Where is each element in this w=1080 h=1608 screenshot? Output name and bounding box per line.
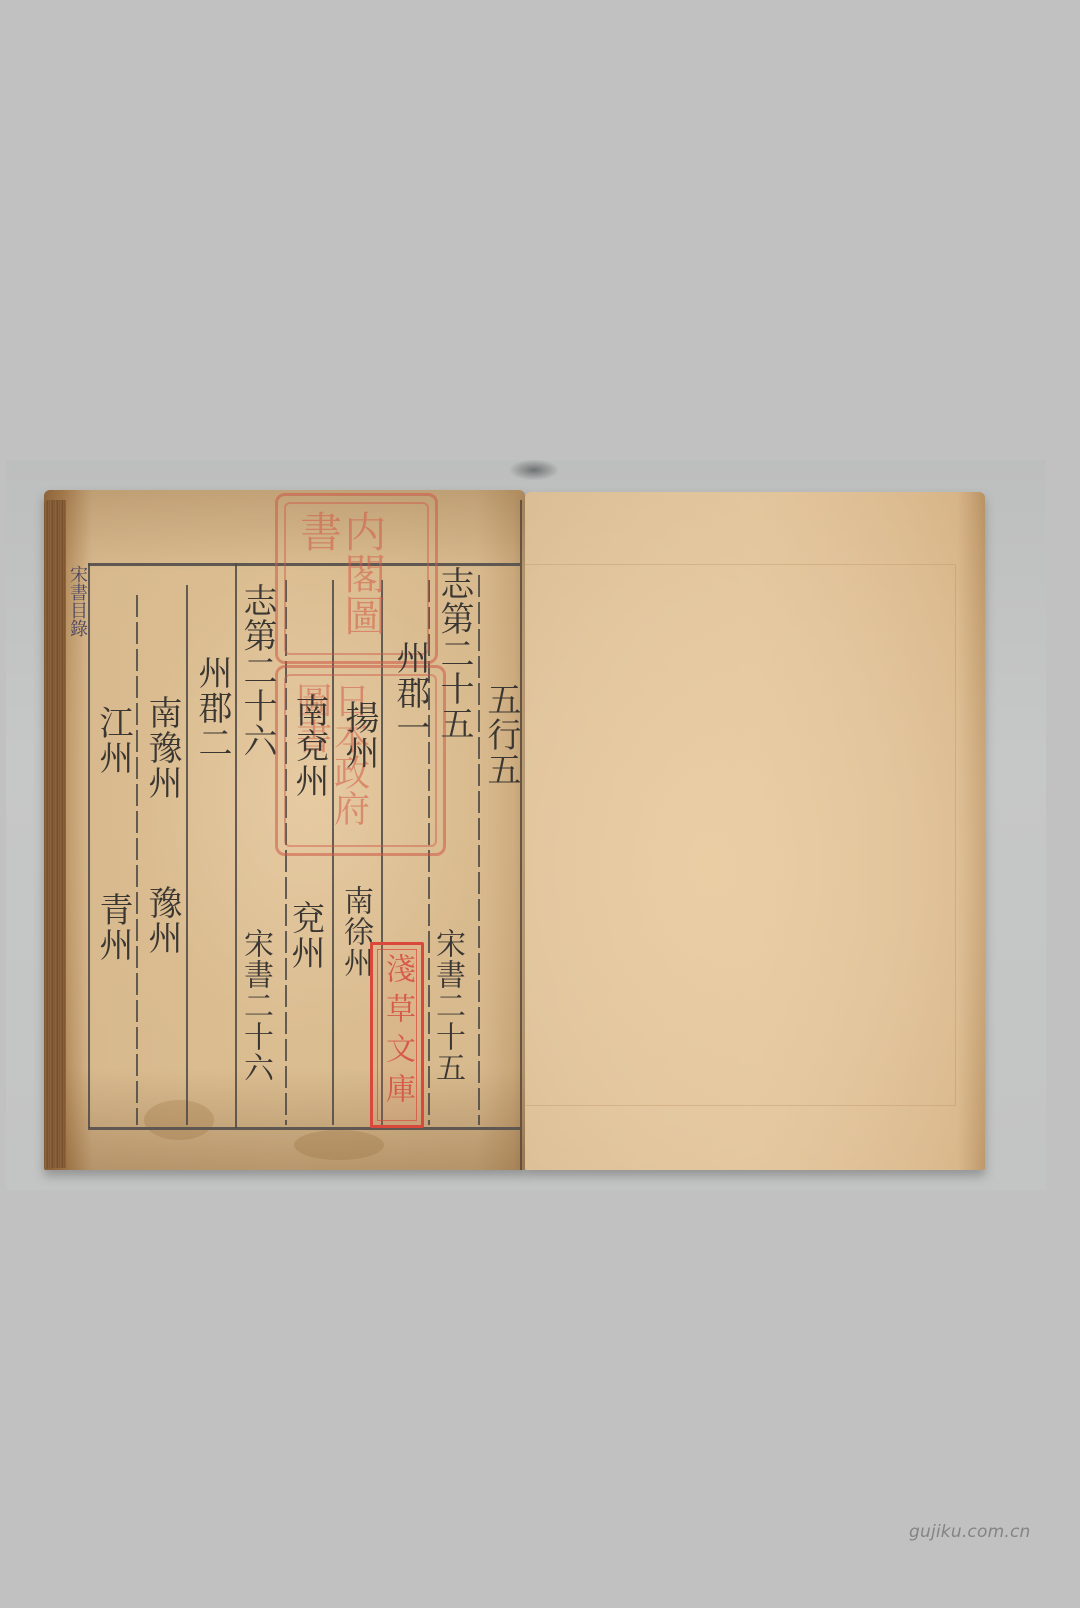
text-column-nanyanzhou: 南兗州 (292, 693, 326, 798)
page-edge-stack (44, 500, 66, 1168)
stain (294, 1130, 384, 1160)
text-column-jiangzhou: 江州 (96, 705, 130, 775)
text-column-zhoujun-1: 州郡一 (393, 640, 427, 745)
text-column-wuxing: 五行五 (484, 682, 518, 787)
seal-asakusa-bunko: 淺草文庫 (370, 942, 424, 1128)
column-rule (186, 585, 188, 1125)
text-column-zhoujun-2: 州郡二 (195, 655, 229, 760)
text-column-nanxuzhou: 南徐州 (340, 885, 370, 978)
stain (144, 1100, 214, 1140)
column-rule (478, 575, 480, 1125)
text-column-songshu-26: 宋書二十六 (240, 928, 270, 1083)
text-column-zhi-25: 志第二十五 (437, 566, 471, 741)
text-column-zhi-26: 志第二十六 (240, 583, 274, 758)
site-watermark: gujiku.com.cn (909, 1522, 1030, 1542)
frame-bottom-line (88, 1127, 520, 1130)
text-column-nanyuzhou: 南豫州 (145, 695, 179, 800)
text-column-yuzhou: 豫州 (145, 885, 179, 955)
page-fold-crease (525, 564, 956, 1106)
column-rule (136, 595, 138, 1125)
seal-text: 内閣圖書 (296, 510, 384, 661)
text-column-songshu-25: 宋書二十五 (432, 928, 462, 1083)
seal-neige-tushu: 内閣圖書 (275, 493, 438, 664)
text-column-yangzhou: 揚州 (342, 700, 376, 770)
right-page-blank (525, 492, 985, 1170)
text-column-qingzhou: 青州 (96, 892, 130, 962)
spine-shadow (510, 460, 558, 480)
seal-text: 淺草文庫 (382, 953, 412, 1113)
page-fold-line (520, 500, 522, 1170)
ban-xin-title: 宋書目錄 (66, 565, 90, 815)
text-column-yanzhou: 兗州 (288, 900, 322, 970)
